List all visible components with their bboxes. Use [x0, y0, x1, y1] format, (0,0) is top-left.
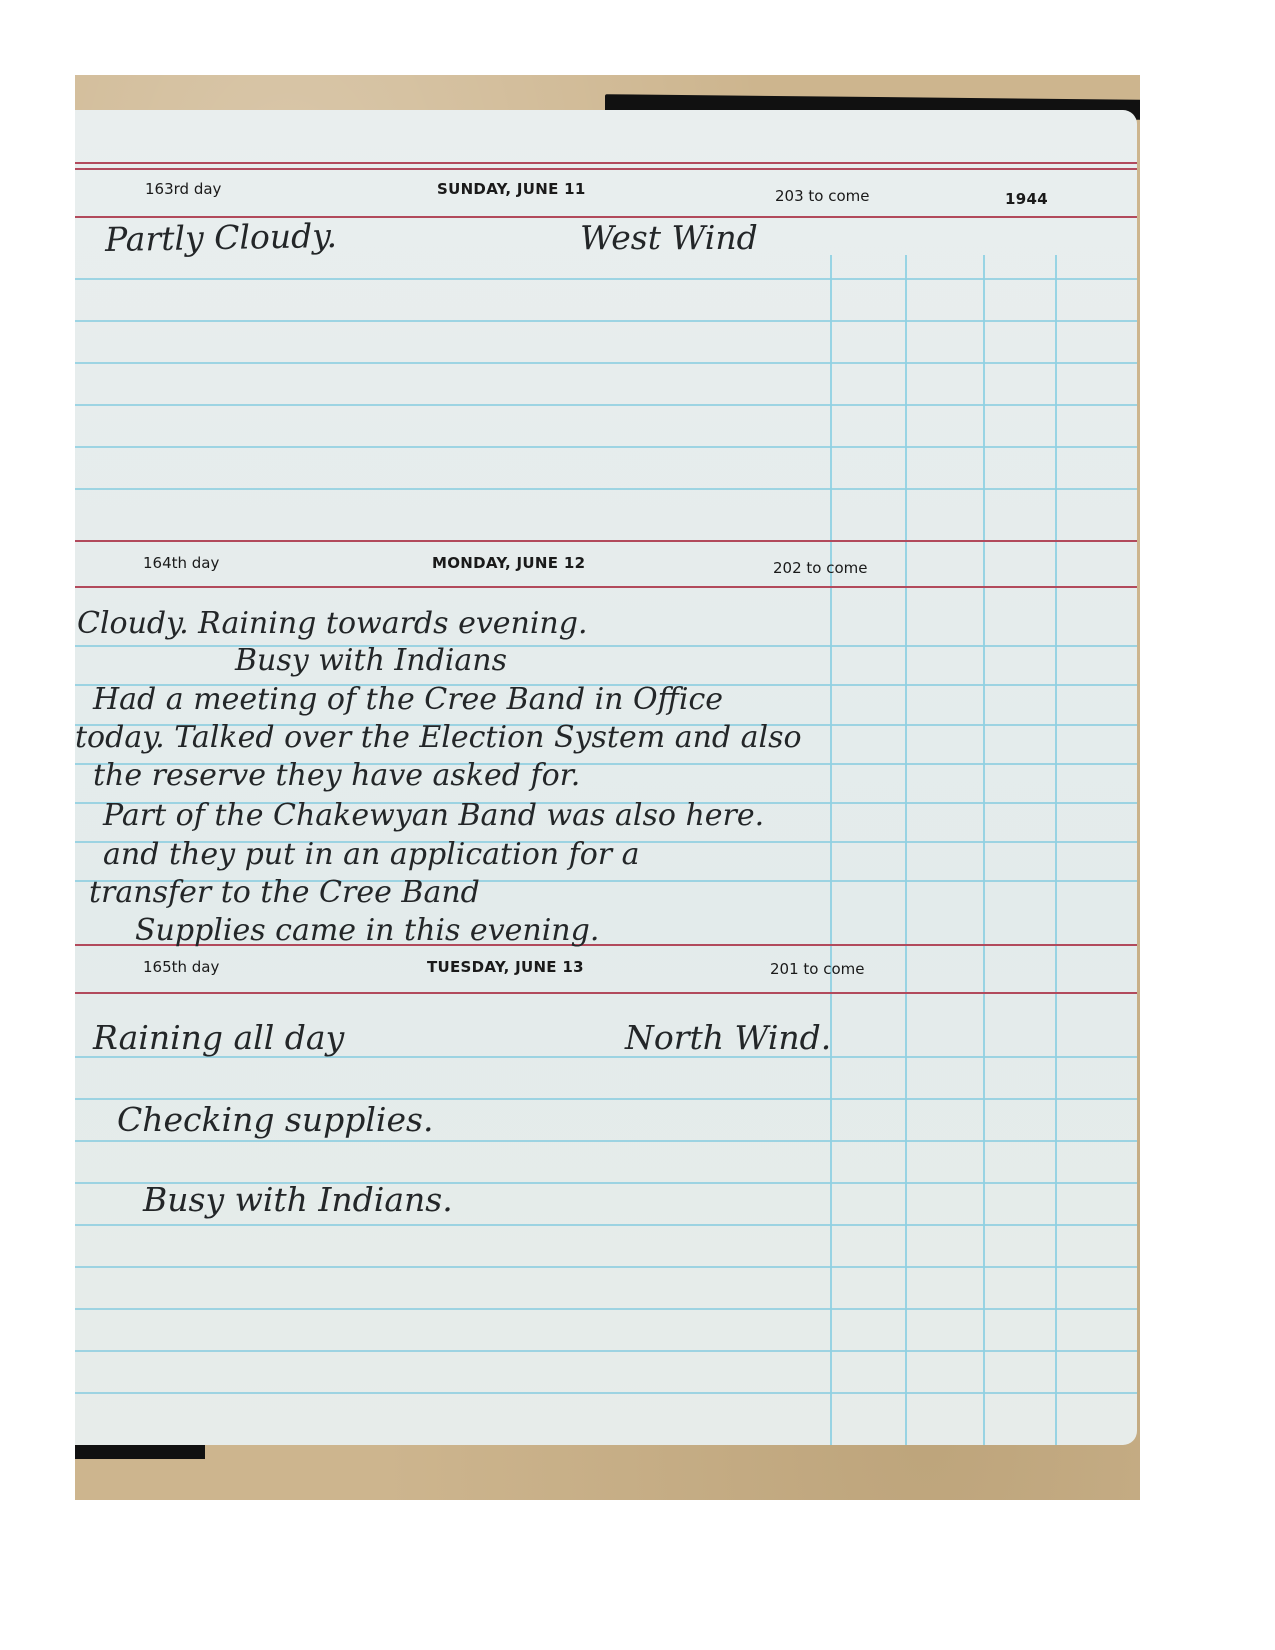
- diary-page: 163rd day SUNDAY, JUNE 11 203 to come 19…: [75, 110, 1137, 1445]
- rule-line: [75, 1350, 1137, 1352]
- handwritten-line: Checking supplies.: [117, 1100, 433, 1139]
- rule-line: [75, 1392, 1137, 1394]
- entry-date: MONDAY, JUNE 12: [432, 554, 585, 572]
- day-number: 164th day: [143, 554, 219, 572]
- column-line: [905, 255, 907, 1445]
- year: 1944: [1005, 190, 1048, 208]
- rule-line: [75, 404, 1137, 406]
- column-line: [830, 255, 832, 1445]
- handwritten-line: and they put in an application for a: [103, 837, 640, 872]
- header-rule: [75, 162, 1137, 164]
- handwritten-line: Partly Cloudy.: [105, 216, 338, 259]
- handwritten-line: West Wind: [580, 218, 758, 257]
- rule-line: [75, 1140, 1137, 1142]
- rule-line: [75, 446, 1137, 448]
- column-line: [983, 255, 985, 1445]
- rule-line: [75, 320, 1137, 322]
- handwritten-line: Busy with Indians.: [143, 1180, 453, 1219]
- header-rule: [75, 586, 1137, 588]
- rule-line: [75, 362, 1137, 364]
- header-rule: [75, 168, 1137, 170]
- handwritten-line: Raining all day: [93, 1018, 344, 1057]
- header-rule: [75, 540, 1137, 542]
- handwritten-line: the reserve they have asked for.: [93, 758, 580, 793]
- handwritten-line: Cloudy. Raining towards evening.: [77, 606, 588, 641]
- diary-photo: 163rd day SUNDAY, JUNE 11 203 to come 19…: [75, 75, 1140, 1500]
- rule-line: [75, 1266, 1137, 1268]
- handwritten-line: North Wind.: [625, 1018, 831, 1057]
- header-rule: [75, 992, 1137, 994]
- day-number: 165th day: [143, 958, 219, 976]
- days-remaining: 201 to come: [770, 960, 865, 978]
- column-line: [1055, 255, 1057, 1445]
- handwritten-line: Busy with Indians: [235, 643, 507, 678]
- rule-line: [75, 1308, 1137, 1310]
- day-number: 163rd day: [145, 180, 221, 198]
- days-remaining: 202 to come: [773, 559, 868, 577]
- handwritten-line: transfer to the Cree Band: [89, 875, 480, 910]
- rule-line: [75, 278, 1137, 280]
- entry-date: SUNDAY, JUNE 11: [437, 180, 586, 198]
- rule-line: [75, 1224, 1137, 1226]
- handwritten-line: Part of the Chakewyan Band was also here…: [103, 798, 764, 833]
- handwritten-line: Supplies came in this evening.: [135, 913, 599, 948]
- handwritten-line: today. Talked over the Election System a…: [75, 720, 802, 755]
- rule-line: [75, 488, 1137, 490]
- entry-date: TUESDAY, JUNE 13: [427, 958, 584, 976]
- handwritten-line: Had a meeting of the Cree Band in Office: [93, 682, 723, 717]
- days-remaining: 203 to come: [775, 187, 870, 205]
